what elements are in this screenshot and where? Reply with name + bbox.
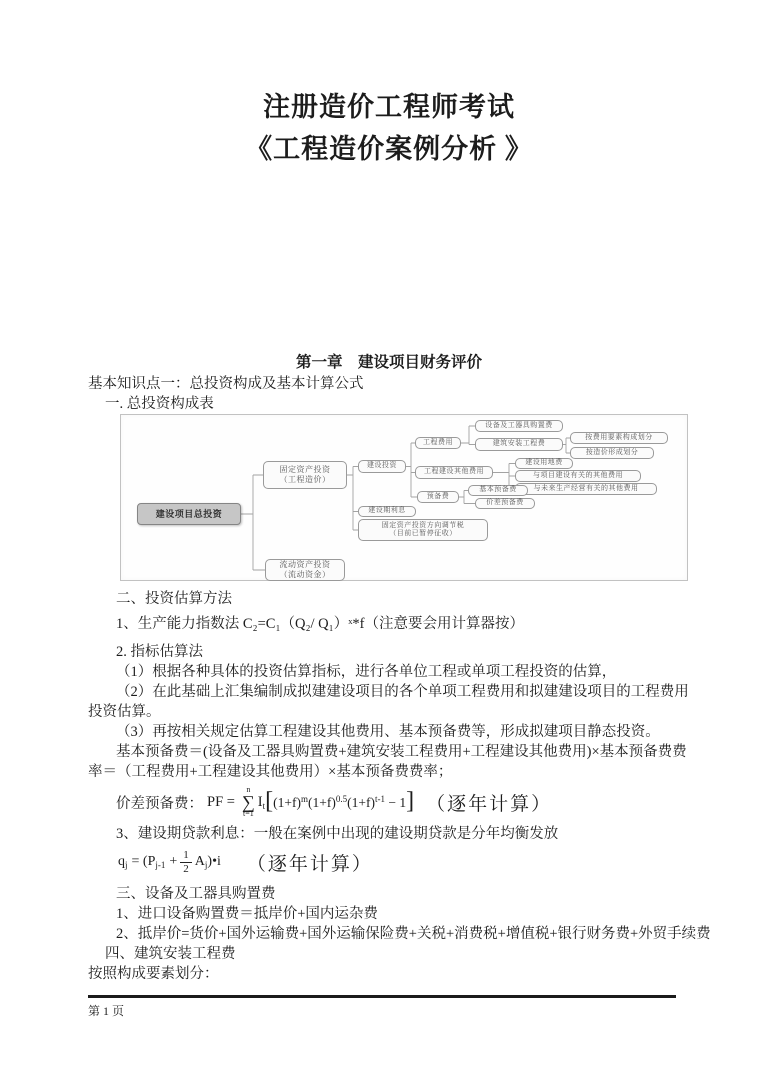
cif-price-formula: 2、抵岸价=货价+国外运输费+国外运输保险费+关税+消费税+增值税+银行财务费+… bbox=[88, 924, 690, 944]
diagram-box-construction-period-interest: 建设期利息 bbox=[358, 506, 416, 517]
diagram-box-price-difference-reserve: 价差预备费 bbox=[475, 498, 535, 509]
diagram-box-equipment-purchase-cost: 设备及工器具购置费 bbox=[475, 420, 563, 432]
diagram-box-construction-investment: 建设投资 bbox=[358, 460, 406, 473]
diagram-box-total-investment: 建设项目总投资 bbox=[137, 503, 241, 525]
diagram-box-fixed-asset-investment: 固定资产投资 （工程造价） bbox=[263, 461, 347, 489]
loan-interest-heading: 3、建设期贷款利息：一般在案例中出现的建设期贷款是分年均衡发放 bbox=[88, 824, 690, 844]
section-1-heading: 一. 总投资构成表 bbox=[88, 394, 690, 414]
section-4-heading: 四、建筑安装工程费 bbox=[88, 944, 690, 964]
diagram-box-construction-installation-cost: 建筑安装工程费 bbox=[475, 438, 563, 451]
document-page: 注册造价工程师考试 《工程造价案例分析 》 第一章 建设项目财务评价 基本知识点… bbox=[0, 0, 763, 1080]
import-equipment-formula: 1、进口设备购置费＝抵岸价+国内运杂费 bbox=[88, 904, 690, 924]
diagram-box-reserve-fee: 预备费 bbox=[417, 491, 459, 503]
summation-symbol: n ∑ t=1 bbox=[242, 786, 255, 818]
section-4-lead: 按照构成要素划分： bbox=[88, 964, 690, 984]
indicator-estimation-method: 2. 指标估算法 bbox=[88, 642, 690, 662]
annual-calculation-note: （逐年计算） bbox=[426, 789, 552, 816]
loan-interest-formula: qj = (Pj-1 + 1 2 Aj)•i （逐年计算） bbox=[118, 846, 690, 878]
diagram-box-project-related-other-cost: 与项目建设有关的其他费用 bbox=[515, 470, 641, 482]
diagram-box-working-capital-investment: 流动资产投资 （流动资金） bbox=[265, 559, 345, 581]
indicator-step-3: （3）再按相关规定估算工程建设其他费用、基本预备费等，形成拟建项目静态投资。 bbox=[88, 722, 690, 742]
section-2-heading: 二、投资估算方法 bbox=[88, 589, 690, 609]
price-reserve-formula: 价差预备费： PF = n ∑ t=1 It [ (1+f)m(1+f)0.5(… bbox=[116, 784, 690, 820]
capacity-index-method: 1、生产能力指数法 C₂=C₁（Q₂/ Q₁）ˣ*f（注意要会用计算器按） bbox=[88, 614, 690, 634]
title-line-2: 《工程造价案例分析 》 bbox=[88, 128, 690, 170]
document-title: 注册造价工程师考试 《工程造价案例分析 》 bbox=[88, 86, 690, 170]
knowledge-point-heading: 基本知识点一：总投资构成及基本计算公式 bbox=[88, 374, 690, 394]
chapter-heading: 第一章 建设项目财务评价 bbox=[88, 352, 690, 374]
diagram-box-by-cost-element: 按费用要素构成划分 bbox=[570, 432, 668, 444]
diagram-box-engineering-cost: 工程费用 bbox=[415, 437, 461, 449]
section-3-heading: 三、设备及工器具购置费 bbox=[88, 884, 690, 904]
indicator-step-2: （2）在此基础上汇集编制成拟建建设项目的各个单项工程费用和拟建建设项目的工程费用… bbox=[88, 682, 690, 722]
one-half-fraction: 1 2 bbox=[180, 850, 192, 875]
annual-calculation-note: （逐年计算） bbox=[247, 849, 373, 876]
diagram-box-land-cost: 建设用地费 bbox=[515, 458, 573, 469]
diagram-box-basic-reserve: 基本预备费 bbox=[468, 485, 528, 496]
diagram-box-by-price-formation: 按造价形成划分 bbox=[570, 447, 654, 459]
title-line-1: 注册造价工程师考试 bbox=[88, 86, 690, 128]
indicator-step-1: （1）根据各种具体的投资估算指标，进行各单位工程或单项工程投资的估算， bbox=[88, 662, 690, 682]
diagram-box-future-production-other-cost: 与未来生产经营有关的其他费用 bbox=[515, 483, 657, 495]
basic-reserve-formula: 基本预备费＝(设备及工器具购置费+建筑安装工程费用+工程建设其他费用)×基本预备… bbox=[88, 742, 690, 782]
investment-composition-diagram: 建设项目总投资 固定资产投资 （工程造价） 流动资产投资 （流动资金） 建设投资… bbox=[120, 414, 688, 581]
page-number: 第 1 页 bbox=[88, 1002, 124, 1019]
diagram-box-other-construction-cost: 工程建设其他费用 bbox=[415, 466, 493, 479]
diagram-box-direction-adjustment-tax: 固定资产投资方向调节税 （目前已暂停征收） bbox=[358, 519, 488, 541]
footer-divider bbox=[88, 995, 676, 998]
formula-label: 价差预备费： bbox=[116, 792, 203, 813]
